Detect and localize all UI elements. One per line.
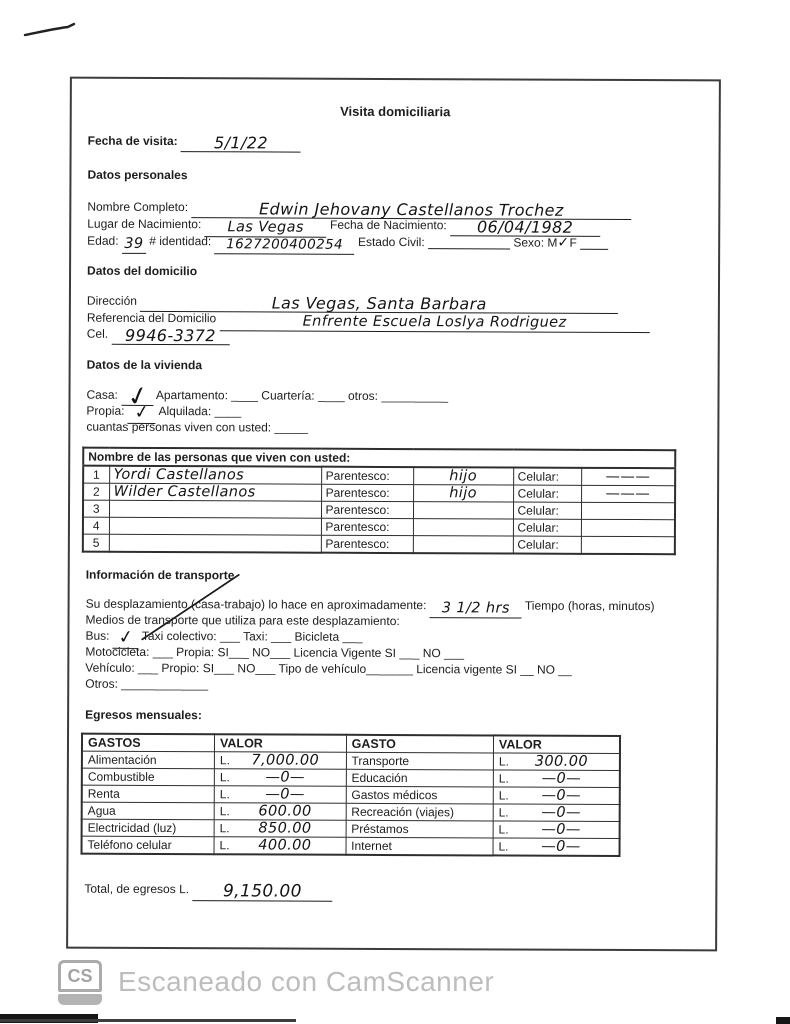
total-blank: 9,150.00 <box>192 885 332 902</box>
currency-prefix: L. <box>499 804 509 820</box>
persons-table: Nombre de las personas que viven con ust… <box>82 447 676 556</box>
expenses-header-valor2: VALOR <box>493 735 620 753</box>
expense-value: —0— <box>230 769 341 785</box>
camscanner-icon: CS <box>58 960 102 1006</box>
camscanner-watermark-text: Escaneado con CamScanner <box>118 966 494 998</box>
housing-heading: Datos de la vivienda <box>87 357 710 376</box>
scan-artifact-bottom-line <box>0 1019 296 1022</box>
expense-category: Renta <box>82 785 215 803</box>
casa-label: Casa: <box>86 388 117 402</box>
expenses-table: GASTOS VALOR GASTO VALOR Alimentación L.… <box>81 733 622 857</box>
expense-row: Teléfono celular L.400.00 Internet L.—0— <box>82 836 620 856</box>
person-row: 2 Wilder Castellanos Parentesco: hijo Ce… <box>83 483 675 503</box>
cel-line: Cel. 9946-3372 <box>87 326 710 348</box>
person-num: 5 <box>83 534 109 552</box>
expense-value: —0— <box>509 788 614 804</box>
expense-value-cell: L.—0— <box>214 786 346 804</box>
expense-value-cell: L.600.00 <box>214 803 346 821</box>
currency-prefix: L. <box>220 769 230 785</box>
visit-date-blank: 5/1/22 <box>181 136 301 153</box>
visit-date-value: 5/1/22 <box>214 133 268 152</box>
cel-value: 9946-3372 <box>125 326 216 345</box>
expense-category: Combustible <box>82 768 215 786</box>
celular-cell <box>581 536 675 554</box>
expense-value: 400.00 <box>230 837 341 853</box>
person-name: Yordi Castellanos <box>114 467 245 484</box>
celular-cell: ——— <box>581 485 675 502</box>
commute-suffix: Tiempo (horas, minutos) <box>525 599 655 614</box>
expense-value-cell: L.300.00 <box>493 753 620 771</box>
person-name-cell <box>109 534 321 552</box>
expense-value-cell: L.—0— <box>214 769 346 787</box>
expense-value-cell: L.—0— <box>493 821 620 839</box>
parentesco-label: Parentesco: <box>321 535 413 553</box>
parentesco-label: Parentesco: <box>321 467 413 485</box>
celular-label: Celular: <box>513 485 581 502</box>
expense-category: Transporte <box>346 752 493 770</box>
currency-prefix: L. <box>220 837 230 853</box>
propia-checkmark: ✓ <box>133 407 150 419</box>
expense-category: Alimentación <box>82 751 215 769</box>
expense-value-cell: L.—0— <box>493 770 620 788</box>
otros-line: Otros: _____________ <box>85 676 708 695</box>
expense-value: —0— <box>230 786 341 802</box>
sex-f-label: F <box>569 236 576 250</box>
expense-category: Teléfono celular <box>82 836 215 854</box>
expense-value: —0— <box>509 805 614 821</box>
reference-label: Referencia del Domicilio <box>87 311 216 326</box>
expense-category: Internet <box>346 837 493 855</box>
parentesco-label: Parentesco: <box>321 484 413 501</box>
sex-m-checkmark: ✓ <box>557 238 569 248</box>
expenses-table-wrap: GASTOS VALOR GASTO VALOR Alimentación L.… <box>81 733 709 858</box>
celular-value: ——— <box>605 486 650 502</box>
bus-rest: Taxi colectivo: ___ Taxi: ___ Bicicleta … <box>142 629 363 644</box>
alquilada-label: Alquilada: ____ <box>158 404 241 418</box>
person-num: 2 <box>83 483 109 500</box>
person-row: 1 Yordi Castellanos Parentesco: hijo Cel… <box>83 466 675 486</box>
propia-label: Propia: <box>86 404 124 418</box>
parentesco-cell <box>413 502 513 519</box>
id-value: 1627200400254 <box>226 236 343 253</box>
currency-prefix: L. <box>220 786 230 802</box>
person-name: Wilder Castellanos <box>114 484 256 501</box>
celular-label: Celular: <box>513 536 581 554</box>
expense-category: Préstamos <box>346 820 493 838</box>
expense-value-cell: L.—0— <box>493 787 620 805</box>
celular-value: ——— <box>606 469 651 485</box>
expenses-header-valor1: VALOR <box>214 734 346 752</box>
currency-prefix: L. <box>220 820 230 836</box>
cel-blank: 9946-3372 <box>111 329 229 346</box>
civil-status-label: Estado Civil: <box>358 235 425 249</box>
parentesco-value: hijo <box>449 468 477 484</box>
cel-label: Cel. <box>87 327 108 341</box>
civil-status-blank <box>428 233 510 249</box>
parentesco-cell <box>413 519 513 536</box>
person-num: 4 <box>83 517 109 534</box>
form-title: Visita domiciliaria <box>72 103 719 122</box>
total-value: 9,150.00 <box>223 881 302 901</box>
expense-value: 600.00 <box>230 803 341 819</box>
expense-value: —0— <box>509 822 614 838</box>
commute-label: Su desplazamiento (casa-trabajo) lo hace… <box>86 597 427 612</box>
person-name-cell: Yordi Castellanos <box>109 466 321 484</box>
scanned-form: Visita domiciliaria Fecha de visita: 5/1… <box>66 77 721 952</box>
id-blank: 1627200400254 <box>215 238 355 255</box>
expense-category: Agua <box>82 802 215 820</box>
age-value: 39 <box>124 236 143 252</box>
full-name-label: Nombre Completo: <box>87 200 188 214</box>
expense-value-cell: L.—0— <box>493 838 620 856</box>
expense-category: Recreación (viajes) <box>346 803 493 821</box>
expenses-header-gastos: GASTOS <box>82 734 215 752</box>
camscanner-icon-base <box>58 994 102 1005</box>
total-label: Total, de egresos L. <box>84 882 189 896</box>
expense-value-cell: L.400.00 <box>214 837 346 855</box>
person-name-cell <box>109 500 321 518</box>
celular-label: Celular: <box>513 468 581 486</box>
sex-f-blank <box>580 234 608 250</box>
scan-artifact-bottom-right <box>776 1017 790 1024</box>
parentesco-cell: hijo <box>413 485 513 502</box>
address-label: Dirección <box>87 294 137 308</box>
expense-row: Electricidad (luz) L.850.00 Préstamos L.… <box>82 819 620 838</box>
expense-category: Electricidad (luz) <box>82 819 215 837</box>
expense-value: —0— <box>509 771 614 787</box>
expense-category: Educación <box>346 769 493 787</box>
currency-prefix: L. <box>220 752 230 768</box>
parentesco-label: Parentesco: <box>321 518 413 535</box>
pen-stroke <box>22 20 82 44</box>
person-row: 5 Parentesco: Celular: <box>83 534 675 554</box>
person-num: 1 <box>83 466 109 484</box>
camscanner-icon-letters: CS <box>58 960 102 992</box>
age-id-line: Edad: 39 # identidad: 1627200400254 Esta… <box>87 232 710 257</box>
currency-prefix: L. <box>220 803 230 819</box>
visit-date-label: Fecha de visita: <box>88 134 178 148</box>
housing-type-rest: Apartamento: ____ Cuartería: ____ otros:… <box>156 388 448 403</box>
age-label: Edad: <box>87 234 118 248</box>
currency-prefix: L. <box>499 753 509 769</box>
persons-table-wrap: Nombre de las personas que viven con ust… <box>82 447 709 556</box>
parentesco-cell: hijo <box>413 467 513 485</box>
personal-heading: Datos personales <box>87 167 710 186</box>
expense-value-cell: L.7,000.00 <box>214 752 346 770</box>
parentesco-value: hijo <box>449 485 477 501</box>
persons-count-line: cuantas personas viven con usted: _____ <box>86 419 709 438</box>
person-name-cell <box>109 517 321 535</box>
celular-cell <box>581 519 675 536</box>
expenses-heading: Egresos mensuales: <box>85 707 708 726</box>
person-name-cell: Wilder Castellanos <box>109 483 321 501</box>
bus-checkmark: ✓ <box>117 632 134 644</box>
total-line: Total, de egresos L. 9,150.00 <box>84 881 707 904</box>
expense-value: —0— <box>508 839 613 855</box>
visit-date-line: Fecha de visita: 5/1/22 <box>88 133 711 155</box>
expense-category: Gastos médicos <box>346 786 493 804</box>
birthplace-label: Lugar de Nacimiento: <box>87 217 201 231</box>
expense-value: 7,000.00 <box>230 752 341 768</box>
celular-label: Celular: <box>513 502 581 519</box>
currency-prefix: L. <box>499 821 509 837</box>
domicile-heading: Datos del domicilio <box>87 263 710 282</box>
id-label: # identidad: <box>149 234 211 248</box>
currency-prefix: L. <box>499 787 509 803</box>
celular-cell <box>581 502 675 519</box>
birthdate-label: Fecha de Nacimiento: <box>330 218 447 233</box>
bus-label: Bus: <box>85 629 109 643</box>
expense-value: 300.00 <box>509 754 614 770</box>
age-blank: 39 <box>122 238 146 254</box>
celular-label: Celular: <box>513 519 581 536</box>
transport-heading: Información de transporte <box>86 567 709 586</box>
person-num: 3 <box>83 500 109 517</box>
parentesco-label: Parentesco: <box>321 501 413 518</box>
expense-value: 850.00 <box>230 820 341 836</box>
currency-prefix: L. <box>498 838 508 854</box>
celular-cell: ——— <box>581 468 675 486</box>
currency-prefix: L. <box>499 770 509 786</box>
expense-value-cell: L.—0— <box>493 804 620 822</box>
expense-value-cell: L.850.00 <box>214 820 346 838</box>
expenses-header-gasto: GASTO <box>346 735 493 753</box>
parentesco-cell <box>413 536 513 554</box>
sex-label: Sexo: M <box>513 236 557 250</box>
